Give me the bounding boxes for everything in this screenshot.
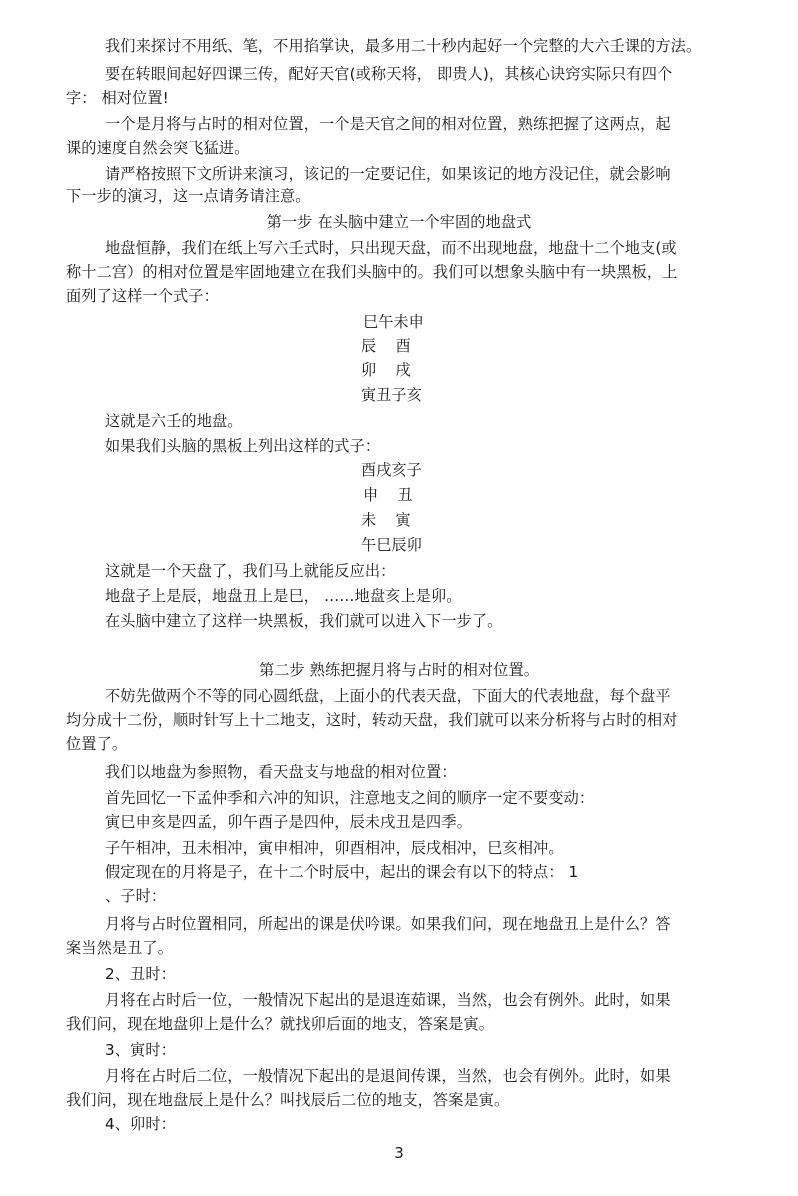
paragraph-line: 下一步的演习，这一点请务请注意。 xyxy=(66,186,311,206)
earth-plate-row: 辰 酉 xyxy=(361,336,411,356)
paragraph-line: 面列了这样一个式子： xyxy=(66,286,219,306)
paragraph-line: 3、寅时： xyxy=(105,1040,176,1060)
paragraph-line: 假定现在的月将是子，在十二个时辰中，起出的课会有以下的特点： 1 xyxy=(105,862,578,882)
section-heading-step1: 第一步 在头脑中建立一个牢固的地盘式 xyxy=(0,212,798,232)
paragraph-line: 寅巳申亥是四孟，卯午酉子是四仲，辰未戌丑是四季。 xyxy=(105,812,472,832)
paragraph-line: 要在转眼间起好四课三传，配好天官(或称天将， 即贵人)，其核心诀窍实际只有四个 xyxy=(105,64,672,84)
paragraph-line: 课的速度自然会突飞猛进。 xyxy=(66,138,249,158)
paragraph-line: 月将在占时后一位，一般情况下起出的是退连茹课，当然，也会有例外。此时，如果 xyxy=(105,990,671,1010)
paragraph-line: 不妨先做两个不等的同心圆纸盘，上面小的代表天盘，下面大的代表地盘，每个盘平 xyxy=(105,686,671,706)
paragraph-line: 我们来探讨不用纸、笔，不用掐掌诀，最多用二十秒内起好一个完整的大六壬课的方法。 xyxy=(105,36,701,56)
section-heading-step2: 第二步 熟练把握月将与占时的相对位置。 xyxy=(0,660,798,680)
paragraph-line: 月将在占时后二位，一般情况下起出的是退间传课，当然，也会有例外。此时，如果 xyxy=(105,1066,671,1086)
paragraph-line: 这就是六壬的地盘。 xyxy=(105,411,243,431)
heaven-plate-row: 酉戌亥子 xyxy=(361,460,422,480)
paragraph-line: 地盘恒静，我们在纸上写六壬式时，只出现天盘，而不出现地盘，地盘十二个地支(或 xyxy=(105,238,677,258)
paragraph-line: 字： 相对位置! xyxy=(66,88,169,108)
paragraph-line: 4、卯时： xyxy=(105,1114,176,1134)
paragraph-line: 我们问，现在地盘卯上是什么？就找卯后面的地支，答案是寅。 xyxy=(66,1014,494,1034)
paragraph-line: 在头脑中建立了这样一块黑板，我们就可以进入下一步了。 xyxy=(105,611,502,631)
paragraph-line: 如果我们头脑的黑板上列出这样的式子： xyxy=(105,436,380,456)
paragraph-line: 我们问，现在地盘辰上是什么？叫找辰后二位的地支，答案是寅。 xyxy=(66,1090,509,1110)
paragraph-line: 月将与占时位置相同，所起出的课是伏吟课。如果我们问，现在地盘丑上是什么？答 xyxy=(105,914,671,934)
earth-plate-row: 寅丑子亥 xyxy=(361,385,422,405)
paragraph-line: 位置了。 xyxy=(66,734,127,754)
earth-plate-row: 巳午未申 xyxy=(363,312,424,332)
paragraph-line: 我们以地盘为参照物，看天盘支与地盘的相对位置： xyxy=(105,762,457,782)
paragraph-line: 首先回忆一下孟仲季和六冲的知识，注意地支之间的顺序一定不要变动： xyxy=(105,788,594,808)
paragraph-line: 2、丑时： xyxy=(105,964,176,984)
paragraph-line: 这就是一个天盘了，我们马上就能反应出： xyxy=(105,561,395,581)
heaven-plate-row: 申 丑 xyxy=(363,485,413,505)
paragraph-line: 地盘子上是辰，地盘丑上是巳， ……地盘亥上是卯。 xyxy=(105,586,462,606)
heaven-plate-row: 未 寅 xyxy=(361,510,411,530)
paragraph-line: 子午相冲，丑未相冲，寅申相冲，卯酉相冲，辰戌相冲，巳亥相冲。 xyxy=(105,838,564,858)
paragraph-line: 称十二宫）的相对位置是牢固地建立在我们头脑中的。我们可以想象头脑中有一块黑板，上 xyxy=(66,262,678,282)
paragraph-line: 、子时： xyxy=(105,886,166,906)
paragraph-line: 均分成十二份，顺时针写上十二地支，这时，转动天盘，我们就可以来分析将与占时的相对 xyxy=(66,710,678,730)
paragraph-line: 请严格按照下文所讲来演习，该记的一定要记住，如果该记的地方没记住，就会影响 xyxy=(105,164,671,184)
heaven-plate-row: 午巳辰卯 xyxy=(361,535,422,555)
page-number: 3 xyxy=(0,1144,798,1162)
earth-plate-row: 卯 戌 xyxy=(361,360,411,380)
paragraph-line: 案当然是丑了。 xyxy=(66,938,173,958)
paragraph-line: 一个是月将与占时的相对位置，一个是天官之间的相对位置，熟练把握了这两点，起 xyxy=(105,114,671,134)
